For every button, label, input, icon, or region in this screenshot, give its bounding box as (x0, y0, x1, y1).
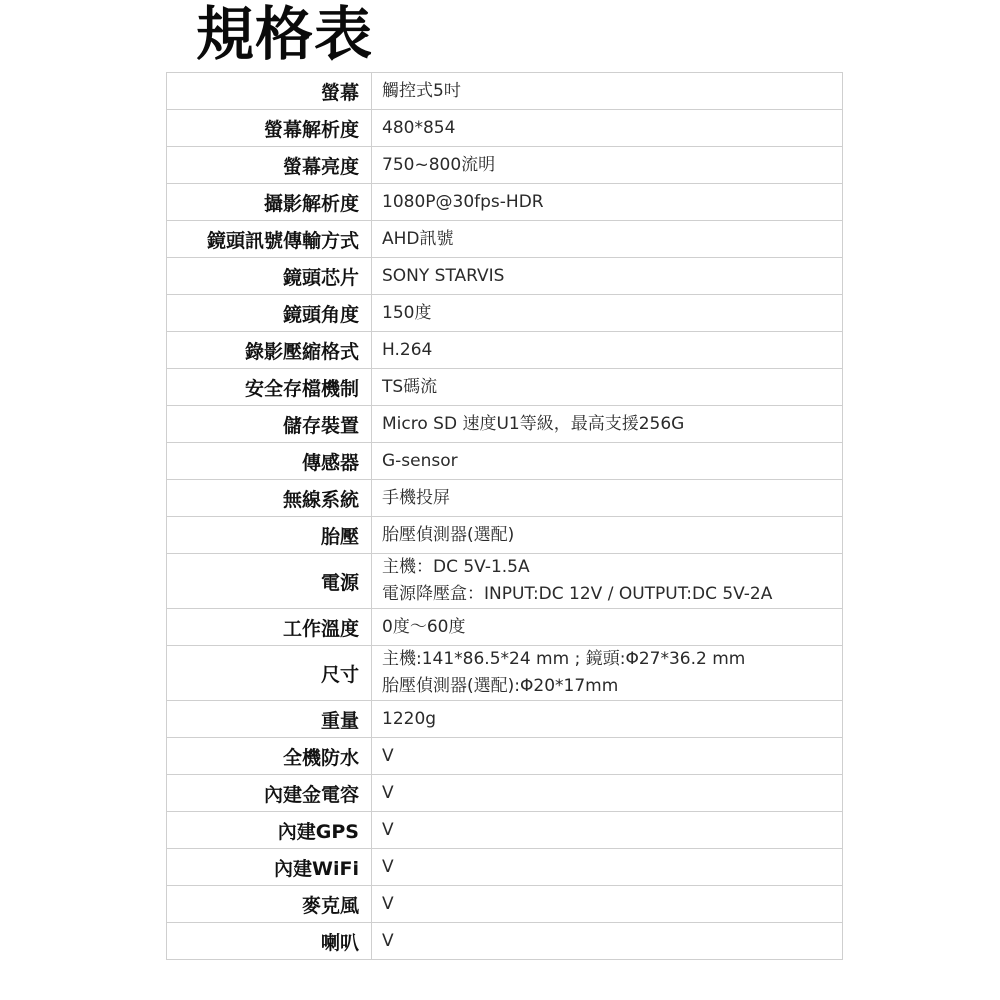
spec-row-safe-storage: 安全存檔機制 TS碼流 (167, 369, 843, 406)
spec-row-dimensions: 尺寸 主機:141*86.5*24 mm ; 鏡頭:Φ27*36.2 mm 胎壓… (167, 646, 843, 701)
spec-value: 1220g (372, 701, 843, 738)
spec-row-lens-chip: 鏡頭芯片 SONY STARVIS (167, 258, 843, 295)
spec-row-power: 電源 主機：DC 5V-1.5A 電源降壓盒：INPUT:DC 12V / OU… (167, 554, 843, 609)
spec-value: AHD訊號 (372, 221, 843, 258)
spec-row-tire-pressure: 胎壓 胎壓偵測器(選配) (167, 517, 843, 554)
spec-row-weight: 重量 1220g (167, 701, 843, 738)
spec-label: 傳感器 (167, 443, 372, 480)
spec-value-line: 觸控式5吋 (382, 78, 842, 105)
spec-value: 主機:141*86.5*24 mm ; 鏡頭:Φ27*36.2 mm 胎壓偵測器… (372, 646, 843, 701)
check-mark: V (382, 743, 842, 770)
spec-row-storage-device: 儲存裝置 Micro SD 速度U1等級，最高支援256G (167, 406, 843, 443)
spec-value: V (372, 923, 843, 960)
spec-value-line: 手機投屏 (382, 485, 842, 512)
spec-label: 全機防水 (167, 738, 372, 775)
spec-value: SONY STARVIS (372, 258, 843, 295)
spec-value: Micro SD 速度U1等級，最高支援256G (372, 406, 843, 443)
check-mark: V (382, 780, 842, 807)
spec-label: 內建WiFi (167, 849, 372, 886)
spec-row-supercapacitor: 內建金電容 V (167, 775, 843, 812)
spec-value-line: TS碼流 (382, 374, 842, 401)
spec-row-gps: 內建GPS V (167, 812, 843, 849)
spec-row-screen: 螢幕 觸控式5吋 (167, 73, 843, 110)
spec-value-line: 0度～60度 (382, 614, 842, 641)
spec-value: V (372, 849, 843, 886)
spec-label: 螢幕 (167, 73, 372, 110)
spec-row-lens-angle: 鏡頭角度 150度 (167, 295, 843, 332)
check-mark: V (382, 928, 842, 955)
spec-label: 無線系統 (167, 480, 372, 517)
check-mark: V (382, 891, 842, 918)
spec-value: 0度～60度 (372, 609, 843, 646)
spec-value-line: G-sensor (382, 448, 842, 475)
page-title: 規格表 (196, 0, 373, 68)
spec-value-line: 150度 (382, 300, 842, 327)
spec-label: 錄影壓縮格式 (167, 332, 372, 369)
spec-row-screen-brightness: 螢幕亮度 750~800流明 (167, 147, 843, 184)
spec-label: 尺寸 (167, 646, 372, 701)
spec-value: 主機：DC 5V-1.5A 電源降壓盒：INPUT:DC 12V / OUTPU… (372, 554, 843, 609)
spec-value: V (372, 775, 843, 812)
spec-value: V (372, 812, 843, 849)
spec-value: G-sensor (372, 443, 843, 480)
spec-value: 1080P@30fps-HDR (372, 184, 843, 221)
spec-label: 胎壓 (167, 517, 372, 554)
spec-table-body: 螢幕 觸控式5吋 螢幕解析度 480*854 螢幕亮度 750~800流明 攝影… (167, 73, 843, 960)
spec-value-line: 胎壓偵測器(選配) (382, 522, 842, 549)
spec-value-line: 主機:141*86.5*24 mm ; 鏡頭:Φ27*36.2 mm (382, 646, 842, 673)
spec-value: 手機投屏 (372, 480, 843, 517)
spec-value: V (372, 738, 843, 775)
spec-row-microphone: 麥克風 V (167, 886, 843, 923)
spec-row-operating-temp: 工作溫度 0度～60度 (167, 609, 843, 646)
spec-value: 胎壓偵測器(選配) (372, 517, 843, 554)
spec-label: 螢幕亮度 (167, 147, 372, 184)
spec-value: 480*854 (372, 110, 843, 147)
spec-value-line: SONY STARVIS (382, 263, 842, 290)
spec-label: 內建GPS (167, 812, 372, 849)
spec-label: 工作溫度 (167, 609, 372, 646)
spec-value: 750~800流明 (372, 147, 843, 184)
spec-label: 螢幕解析度 (167, 110, 372, 147)
spec-label: 喇叭 (167, 923, 372, 960)
spec-value: TS碼流 (372, 369, 843, 406)
spec-label: 儲存裝置 (167, 406, 372, 443)
spec-value-line: 主機：DC 5V-1.5A (382, 554, 842, 581)
spec-label: 攝影解析度 (167, 184, 372, 221)
spec-row-video-resolution: 攝影解析度 1080P@30fps-HDR (167, 184, 843, 221)
spec-row-speaker: 喇叭 V (167, 923, 843, 960)
spec-row-sensor: 傳感器 G-sensor (167, 443, 843, 480)
spec-row-wireless: 無線系統 手機投屏 (167, 480, 843, 517)
spec-label: 鏡頭訊號傳輸方式 (167, 221, 372, 258)
spec-value: 150度 (372, 295, 843, 332)
spec-label: 麥克風 (167, 886, 372, 923)
spec-value: 觸控式5吋 (372, 73, 843, 110)
spec-row-signal-transmission: 鏡頭訊號傳輸方式 AHD訊號 (167, 221, 843, 258)
spec-label: 安全存檔機制 (167, 369, 372, 406)
spec-row-compression: 錄影壓縮格式 H.264 (167, 332, 843, 369)
spec-label: 鏡頭芯片 (167, 258, 372, 295)
spec-label: 電源 (167, 554, 372, 609)
spec-row-screen-resolution: 螢幕解析度 480*854 (167, 110, 843, 147)
spec-row-waterproof: 全機防水 V (167, 738, 843, 775)
spec-table: 螢幕 觸控式5吋 螢幕解析度 480*854 螢幕亮度 750~800流明 攝影… (166, 72, 843, 960)
spec-value-line: 1080P@30fps-HDR (382, 189, 842, 216)
spec-label: 鏡頭角度 (167, 295, 372, 332)
spec-value-line: 胎壓偵測器(選配):Φ20*17mm (382, 673, 842, 700)
spec-value-line: 1220g (382, 706, 842, 733)
spec-value-line: 電源降壓盒：INPUT:DC 12V / OUTPUT:DC 5V-2A (382, 581, 842, 608)
spec-value-line: 750~800流明 (382, 152, 842, 179)
spec-label: 重量 (167, 701, 372, 738)
spec-row-wifi: 內建WiFi V (167, 849, 843, 886)
spec-value: H.264 (372, 332, 843, 369)
check-mark: V (382, 817, 842, 844)
spec-label: 內建金電容 (167, 775, 372, 812)
spec-value-line: AHD訊號 (382, 226, 842, 253)
spec-value: V (372, 886, 843, 923)
spec-value-line: 480*854 (382, 115, 842, 142)
spec-value-line: Micro SD 速度U1等級，最高支援256G (382, 411, 842, 438)
spec-value-line: H.264 (382, 337, 842, 364)
check-mark: V (382, 854, 842, 881)
